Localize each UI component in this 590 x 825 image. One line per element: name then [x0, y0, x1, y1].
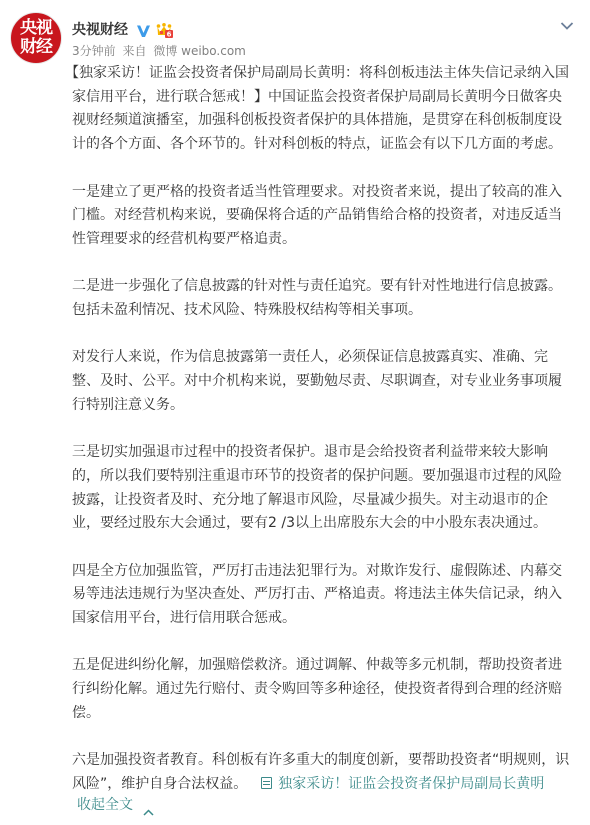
post-body: 【独家采访！证监会投资者保护局副局长黄明：将科创板违法主体失信记录纳入国家信用平… — [72, 62, 572, 820]
paragraph-1: 一是建立了更严格的投资者适当性管理要求。对投资者来说，提出了较高的准入门槛。对经… — [72, 181, 572, 252]
avatar-text-line2: 财经 — [20, 38, 52, 57]
paragraph-6: 五是促进纠纷化解，加强赔偿救济。通过调解、仲裁等多元机制，帮助投资者进行纠纷化解… — [72, 654, 572, 725]
paragraph-7-container: 六是加强投资者教育。科创板有许多重大的制度创新，要帮助投资者“明规则，识风险”，… — [72, 749, 572, 796]
crown-vip-6-icon[interactable]: 6 — [156, 23, 173, 38]
verified-v-icon[interactable] — [136, 23, 151, 37]
post-meta: 3分钟前 来自 微博 weibo.com — [72, 43, 249, 59]
avatar-text-line1: 央视 — [20, 19, 52, 38]
paragraph-5: 四是全方位加强监管，严厉打击违法犯罪行为。对欺诈发行、虚假陈述、内幕交易等违法违… — [72, 560, 572, 631]
collapse-label: 收起全文 — [77, 795, 133, 815]
weibo-post-card: 央视 财经 央视财经 6 3分钟前 来自 微博 weibo.com 【独家采访！ — [0, 0, 590, 825]
chevron-down-icon[interactable] — [560, 16, 574, 26]
post-time-link[interactable]: 3分钟前 — [72, 44, 116, 58]
article-link[interactable]: 独家采访！证监会投资者保护局副局长黄明 — [261, 776, 544, 792]
document-icon — [261, 777, 272, 789]
source-prefix: 来自 — [122, 44, 146, 58]
svg-text:6: 6 — [167, 30, 172, 38]
chevron-up-icon — [143, 802, 154, 809]
source-link[interactable]: 微博 weibo.com — [153, 44, 246, 58]
username-link[interactable]: 央视财经 — [72, 20, 128, 40]
paragraph-2: 二是进一步强化了信息披露的针对性与责任追究。要有针对性地进行信息披露。包括未盈利… — [72, 275, 572, 322]
post-header: 央视财经 6 — [72, 19, 173, 41]
collapse-full-text-button[interactable]: 收起全文 — [77, 795, 154, 815]
article-link-label: 独家采访！证监会投资者保护局副局长黄明 — [278, 776, 544, 792]
avatar[interactable]: 央视 财经 — [10, 12, 62, 64]
paragraph-intro: 【独家采访！证监会投资者保护局副局长黄明：将科创板违法主体失信记录纳入国家信用平… — [72, 62, 572, 157]
paragraph-4: 三是切实加强退市过程中的投资者保护。退市是会给投资者利益带来较大影响的，所以我们… — [72, 441, 572, 536]
paragraph-3: 对发行人来说，作为信息披露第一责任人，必须保证信息披露真实、准确、完整、及时、公… — [72, 346, 572, 417]
